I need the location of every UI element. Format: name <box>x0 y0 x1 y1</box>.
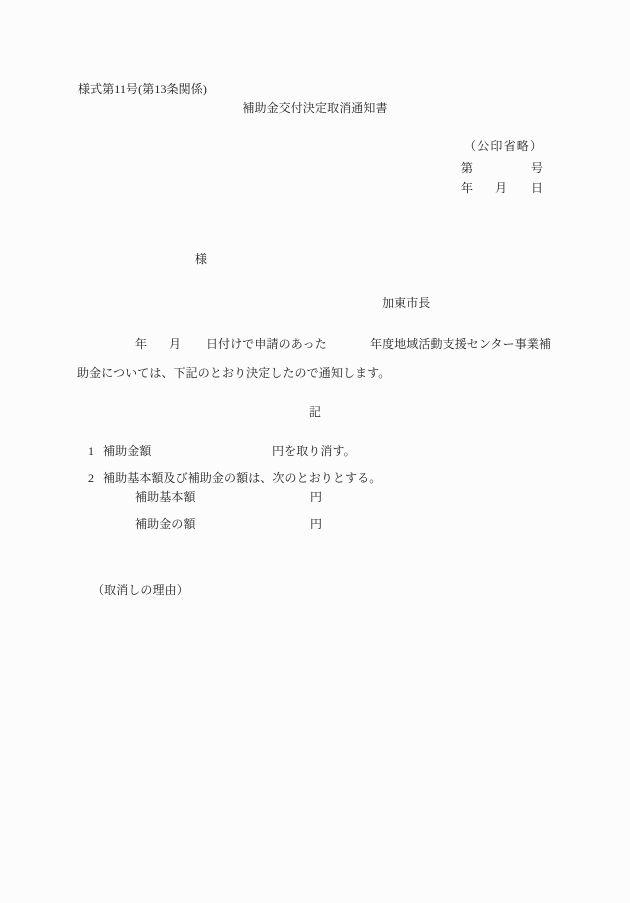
date-day-label: 日 <box>531 181 543 195</box>
body-year-label: 年 <box>135 337 147 351</box>
body-line-2: 助金については、下記のとおり決定したので通知します。 <box>77 366 390 380</box>
addressee-honorific: 様 <box>195 252 207 266</box>
body-program-phrase: 年度地域活動支援センター事業補 <box>370 337 551 351</box>
document-page: 様式第11号(第13条関係) 補助金交付決定取消通知書 （公印省略） 第 号 年… <box>0 0 630 903</box>
item-2-number: 2 <box>88 471 94 485</box>
cancellation-reason-label: （取消しの理由） <box>92 583 189 597</box>
date-year-label: 年 <box>461 181 473 195</box>
doc-number-prefix: 第 <box>461 161 473 175</box>
sub-item-basic-amount-unit: 円 <box>310 490 322 504</box>
doc-number-suffix: 号 <box>531 161 543 175</box>
sub-item-basic-amount-label: 補助基本額 <box>135 490 196 504</box>
sub-item-subsidy-amount-label: 補助金の額 <box>135 517 196 531</box>
item-1-suffix: 円を取り消す。 <box>272 444 356 458</box>
form-number: 様式第11号(第13条関係) <box>78 82 207 96</box>
sender-title: 加東市長 <box>382 296 430 310</box>
seal-omission-note: （公印省略） <box>464 139 543 153</box>
sub-item-subsidy-amount-unit: 円 <box>310 517 322 531</box>
body-date-phrase: 日付けで申請のあった <box>206 337 327 351</box>
date-month-label: 月 <box>495 181 507 195</box>
item-1-label: 補助金額 <box>103 444 151 458</box>
document-title: 補助金交付決定取消通知書 <box>0 101 630 115</box>
item-2-label: 補助基本額及び補助金の額は、次のとおりとする。 <box>103 471 381 485</box>
body-month-label: 月 <box>169 337 181 351</box>
record-marker: 記 <box>0 405 630 419</box>
item-1-number: 1 <box>88 444 94 458</box>
